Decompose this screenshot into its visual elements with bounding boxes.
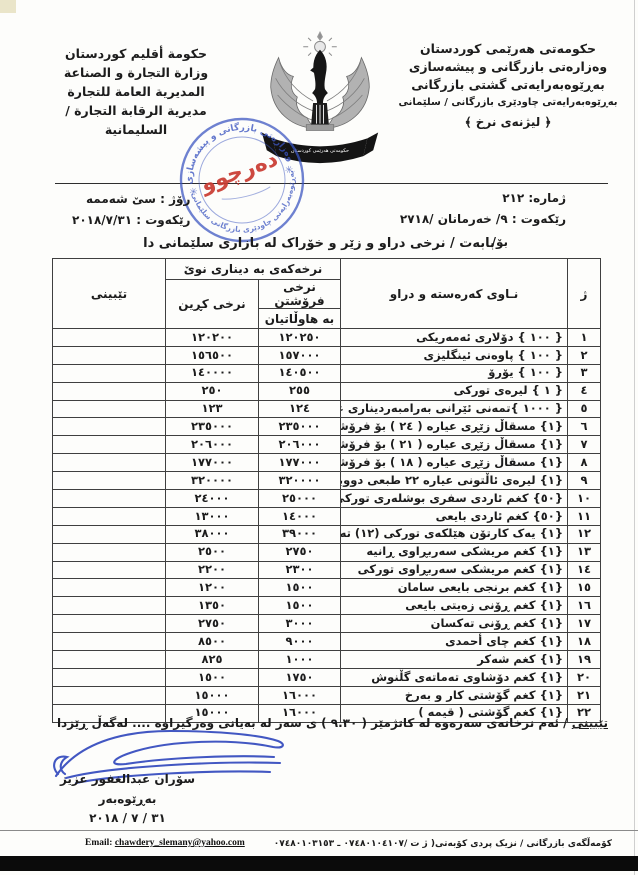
- document-title: بابه‌ت / نرخی دراو و زێر و خۆراک لە بازا…: [0, 236, 638, 251]
- row-number: ١: [568, 329, 601, 347]
- buy-price: ١٢٠٠: [166, 579, 259, 597]
- sell-price: ٢٠٦٠٠٠: [259, 436, 341, 454]
- price-table-header: ژ نـاوی کەرەستە و دراو نرخەکەی بە دیناری…: [53, 259, 601, 329]
- note-cell: [53, 346, 166, 364]
- row-number: ٧: [568, 436, 601, 454]
- sell-price: ٩٠٠٠: [259, 633, 341, 651]
- signer-block: سۆران عبدالغفور عزیز بەڕێوەبەر ٣١ / ٧ / …: [40, 770, 215, 829]
- sell-price: ٢٣٠٠: [259, 561, 341, 579]
- price-row: ٢١ {١} کغم گۆشتی کار و بەرخ ١٦٠٠٠ ١٥٠٠٠: [53, 686, 601, 704]
- col-header-notes: تێبینی: [53, 259, 166, 329]
- note-cell: [53, 525, 166, 543]
- col-header-row-number: ژ: [568, 259, 601, 329]
- sell-price: ١٧٥٠: [259, 668, 341, 686]
- document-date-kurdish: رێکەوت : ٩/ خەرمانان /٢٧١٨: [400, 209, 566, 230]
- sell-price: ١٢٤: [259, 400, 341, 418]
- header-kurdish-block: حکومەتی هەرێمی کوردستان وەزارەتی بازرگان…: [392, 40, 624, 131]
- row-number: ١٢: [568, 525, 601, 543]
- price-row: ٣ { ١٠٠ } یۆرۆ ١٤٠٥٠٠ ١٤٠٠٠٠: [53, 364, 601, 382]
- price-row: ٤ { ١ } لیرەی تورکی ٢٥٥ ٢٥٠: [53, 382, 601, 400]
- note-cell: [53, 329, 166, 347]
- note-cell: [53, 400, 166, 418]
- price-row: ٨ {١} مسقاڵ زێڕی عیارە ( ١٨ ) بۆ فرۆشتن …: [53, 454, 601, 472]
- item-name: {١} مسقاڵ زێڕی عیارە ( ١٨ ) بۆ فرۆشتن: [341, 454, 568, 472]
- buy-price: ٢٤٠٠٠: [166, 490, 259, 508]
- price-row: ١٦ {١} کغم ڕۆنی زەیتی بایعی ١٥٠٠ ١٣٥٠: [53, 597, 601, 615]
- sell-price: ١٧٧٠٠٠: [259, 454, 341, 472]
- sell-price: ١٥٧٠٠٠: [259, 346, 341, 364]
- price-row: ١٠ {٥٠} کغم ئاردی سفری بوشلەری تورکی ٢٥٠…: [53, 490, 601, 508]
- note-cell: [53, 382, 166, 400]
- buy-price: ٢٥٠٠: [166, 543, 259, 561]
- header-kurdish-line: حکومەتی هەرێمی کوردستان: [392, 40, 624, 58]
- header-arabic-line: المديرية العامة للتجارة: [36, 82, 236, 101]
- buy-price: ١٧٧٠٠٠: [166, 454, 259, 472]
- price-row: ١٧ {١} کغم ڕۆنی تەکسان ٣٠٠٠ ٢٧٥٠: [53, 615, 601, 633]
- row-number: ١٣: [568, 543, 601, 561]
- col-header-item-name: نـاوی کەرەستە و دراو: [341, 259, 568, 329]
- row-number: ٤: [568, 382, 601, 400]
- sell-price: ١٤٠٠٠: [259, 507, 341, 525]
- buy-price: ٢٧٥٠: [166, 615, 259, 633]
- signer-title: بەڕێوەبەر: [40, 790, 215, 810]
- footer: Email: chawdery_slemany@yahoo.com کۆمەڵگ…: [0, 838, 638, 854]
- note-cell: [53, 615, 166, 633]
- item-name: { ١٠٠ } دۆلاری ئەمەریکی: [341, 329, 568, 347]
- signer-date: ٣١ / ٧ / ٢٠١٨: [40, 809, 215, 829]
- svg-text:✳: ✳: [284, 164, 295, 177]
- scan-corner-artifact: [0, 0, 16, 13]
- header-arabic-line: وزارة التجارة و الصناعة: [36, 63, 236, 82]
- footer-address: کۆمەڵگەی بازرگانی / نزیک پردی کۆبەتی( ژ …: [274, 839, 612, 849]
- stamp-center-text: دەرچوو: [196, 146, 281, 197]
- note-cell: [53, 579, 166, 597]
- price-row: ٢٠ {١} کغم دۆشاوی تەماتەی گڵنوش ١٧٥٠ ١٥٠…: [53, 668, 601, 686]
- col-header-sell-price: نرخی فرۆشتن: [259, 280, 341, 309]
- price-row: ٦ {١} مسقاڵ زێڕی عیارە ( ٢٤ ) بۆ فرۆشتن …: [53, 418, 601, 436]
- note-cell: [53, 686, 166, 704]
- item-name: {٥٠} کغم ئاردی بایعی: [341, 507, 568, 525]
- item-name: {١} کغم برنجی بایعی سامان: [341, 579, 568, 597]
- sell-price: ٣٢٠٠٠٠: [259, 472, 341, 490]
- price-row: ٥ { ١٠٠٠ }تمەنی ئێرانی بەرامبەردیناری عی…: [53, 400, 601, 418]
- buy-price: ١٣٥٠: [166, 597, 259, 615]
- item-name: {١} کغم ڕۆنی زەیتی بایعی: [341, 597, 568, 615]
- note-cell: [53, 633, 166, 651]
- buy-price: ٢٠٦٠٠٠: [166, 436, 259, 454]
- price-row: ١٤ {١} کغم مریشکی سەربڕاوی تورکی ٢٣٠٠ ٢٢…: [53, 561, 601, 579]
- row-number: ٥: [568, 400, 601, 418]
- row-number: ١٤: [568, 561, 601, 579]
- item-name: {١} مسقاڵ زێڕی عیارە ( ٢٤ ) بۆ فرۆشتن: [341, 418, 568, 436]
- buy-price: ١٥٦٥٠٠: [166, 346, 259, 364]
- scan-bottom-bar: [0, 856, 638, 871]
- header-arabic-line: حكومة أقليم كوردستان: [36, 44, 236, 63]
- note-cell: [53, 507, 166, 525]
- email-address: chawdery_slemany@yahoo.com: [115, 838, 245, 848]
- buy-price: ٢٣٥٠٠٠: [166, 418, 259, 436]
- sell-price: ٢٧٥٠: [259, 543, 341, 561]
- item-name: {١} کغم ڕۆنی تەکسان: [341, 615, 568, 633]
- item-name: { ١٠٠ } یۆرۆ: [341, 364, 568, 382]
- header-kurdish-line: بەڕێوەبەرایەتی گشتی بازرگانی: [392, 76, 624, 94]
- note-cell: [53, 668, 166, 686]
- row-number: ١٦: [568, 597, 601, 615]
- buy-price: ٣٢٠٠٠٠: [166, 472, 259, 490]
- row-number: ١٩: [568, 651, 601, 669]
- item-name: { ١ } لیرەی تورکی: [341, 382, 568, 400]
- note-cell: [53, 364, 166, 382]
- note-cell: [53, 651, 166, 669]
- row-number: ١٥: [568, 579, 601, 597]
- row-number: ١٧: [568, 615, 601, 633]
- col-header-buy-price: نرخی کڕین: [166, 280, 259, 329]
- col-header-sell-sub: بە هاوڵاتیان: [259, 309, 341, 329]
- document-date-gregorian: رێکەوت : ٢٠١٨/٧/٣١: [72, 210, 190, 231]
- row-number: ٢٠: [568, 668, 601, 686]
- price-row: ١٩ {١} کغم شەکر ١٠٠٠ ٨٢٥: [53, 651, 601, 669]
- item-name: {١} یەک کارتۆن هێلکەی تورکی (١٢) تەبەقی: [341, 525, 568, 543]
- price-row: ١ { ١٠٠ } دۆلاری ئەمەریکی ١٢٠٢٥٠ ١٢٠٢٠٠: [53, 329, 601, 347]
- note-cell: [53, 454, 166, 472]
- buy-price: ١٢٣: [166, 400, 259, 418]
- sell-price: ٢٥٥: [259, 382, 341, 400]
- item-name: {١} کغم گۆشتی کار و بەرخ: [341, 686, 568, 704]
- buy-price: ١٤٠٠٠٠: [166, 364, 259, 382]
- signer-name: سۆران عبدالغفور عزیز: [40, 770, 215, 790]
- item-name: {١} کغم دۆشاوی تەماتەی گڵنوش: [341, 668, 568, 686]
- item-name: { ١٠٠٠ }تمەنی ئێرانی بەرامبەردیناری عیرا…: [341, 400, 568, 418]
- item-name: { ١٠٠ } پاوەنی ئینگلیزی: [341, 346, 568, 364]
- row-number: ١٠: [568, 490, 601, 508]
- col-header-price-group: نرخەکەی بە دیناری نوێ: [166, 259, 341, 280]
- sell-price: ٢٣٥٠٠٠: [259, 418, 341, 436]
- row-number: ٣: [568, 364, 601, 382]
- row-number: ١٨: [568, 633, 601, 651]
- document-number: ژمارە: ٢١٢: [400, 188, 566, 209]
- note-cell: [53, 418, 166, 436]
- header-divider-line: [55, 183, 608, 184]
- price-table: ژ نـاوی کەرەستە و دراو نرخەکەی بە دیناری…: [52, 258, 601, 723]
- buy-price: ١٣٠٠٠: [166, 507, 259, 525]
- buy-price: ٨٥٠٠: [166, 633, 259, 651]
- price-row: ٩ {١} لیرەی ئاڵتونی عیارە ٢٢ طبعی دووبەی…: [53, 472, 601, 490]
- row-number: ١١: [568, 507, 601, 525]
- item-name: {٥٠} کغم ئاردی سفری بوشلەری تورکی: [341, 490, 568, 508]
- eagle-head-icon: [306, 50, 334, 131]
- item-name: {١} لیرەی ئاڵتونی عیارە ٢٢ طبعی دووبەی: [341, 472, 568, 490]
- price-row: ٢ { ١٠٠ } پاوەنی ئینگلیزی ١٥٧٠٠٠ ١٥٦٥٠٠: [53, 346, 601, 364]
- buy-price: ٨٢٥: [166, 651, 259, 669]
- scan-edge-line: [634, 0, 635, 875]
- sell-price: ١٢٠٢٥٠: [259, 329, 341, 347]
- note-cell: [53, 490, 166, 508]
- sell-price: ١٠٠٠: [259, 651, 341, 669]
- sell-price: ٣٩٠٠٠: [259, 525, 341, 543]
- price-row: ١١ {٥٠} کغم ئاردی بایعی ١٤٠٠٠ ١٣٠٠٠: [53, 507, 601, 525]
- sell-price: ١٥٠٠: [259, 597, 341, 615]
- item-name: {١} کغم مریشکی سەربڕاوی تورکی: [341, 561, 568, 579]
- header-kurdish-line: بەڕێوەبەرایەتی چاودێری بازرگانی / سلێمان…: [392, 94, 624, 112]
- email-label: Email:: [85, 838, 112, 848]
- item-name: {١} مسقاڵ زێڕی عیارە ( ٢١ ) بۆ فرۆشتن: [341, 436, 568, 454]
- note-cell: [53, 472, 166, 490]
- note-cell: [53, 597, 166, 615]
- sell-price: ٣٠٠٠: [259, 615, 341, 633]
- sell-price: ١٥٠٠: [259, 579, 341, 597]
- note-cell: [53, 436, 166, 454]
- buy-price: ١٥٠٠٠: [166, 686, 259, 704]
- header-kurdish-line: وەزارەتی بازرگانی و پیشەسازی: [392, 58, 624, 76]
- price-row: ٧ {١} مسقاڵ زێڕی عیارە ( ٢١ ) بۆ فرۆشتن …: [53, 436, 601, 454]
- buy-price: ١٥٠٠: [166, 668, 259, 686]
- buy-price: ٣٨٠٠٠: [166, 525, 259, 543]
- row-number: ٢١: [568, 686, 601, 704]
- item-name: {١} کغم چای أحمدی: [341, 633, 568, 651]
- footer-email: Email: chawdery_slemany@yahoo.com: [85, 838, 245, 848]
- buy-price: ١٢٠٢٠٠: [166, 329, 259, 347]
- document-day: رۆژ : سێ شەممە: [72, 189, 190, 210]
- price-row: ١٢ {١} یەک کارتۆن هێلکەی تورکی (١٢) تەبە…: [53, 525, 601, 543]
- meta-left-block: رۆژ : سێ شەممە رێکەوت : ٢٠١٨/٧/٣١: [72, 189, 190, 231]
- item-name: {١} کغم شەکر: [341, 651, 568, 669]
- price-row: ١٥ {١} کغم برنجی بایعی سامان ١٥٠٠ ١٢٠٠: [53, 579, 601, 597]
- buy-price: ٢٥٠: [166, 382, 259, 400]
- buy-price: ٢٢٠٠: [166, 561, 259, 579]
- row-number: ٦: [568, 418, 601, 436]
- row-number: ٢: [568, 346, 601, 364]
- note-cell: [53, 561, 166, 579]
- scanned-price-list-document: حكومة أقليم كوردستان وزارة التجارة و الص…: [0, 0, 638, 875]
- price-committee-label: ﴿ لیژنەی نرخ ﴾: [392, 113, 624, 131]
- note-cell: [53, 543, 166, 561]
- sell-price: ١٦٠٠٠: [259, 686, 341, 704]
- row-number: ٨: [568, 454, 601, 472]
- footer-divider-line: [0, 830, 638, 831]
- item-name: {١} کغم مریشکی سەربڕاوی ڕانیە: [341, 543, 568, 561]
- row-number: ٩: [568, 472, 601, 490]
- price-table-body: ١ { ١٠٠ } دۆلاری ئەمەریکی ١٢٠٢٥٠ ١٢٠٢٠٠ …: [53, 329, 601, 723]
- price-row: ١٨ {١} کغم چای أحمدی ٩٠٠٠ ٨٥٠٠: [53, 633, 601, 651]
- footnote-label: تێبینی: [572, 716, 608, 730]
- price-row: ١٣ {١} کغم مریشکی سەربڕاوی ڕانیە ٢٧٥٠ ٢٥…: [53, 543, 601, 561]
- sell-price: ١٤٠٥٠٠: [259, 364, 341, 382]
- sell-price: ٢٥٠٠٠: [259, 490, 341, 508]
